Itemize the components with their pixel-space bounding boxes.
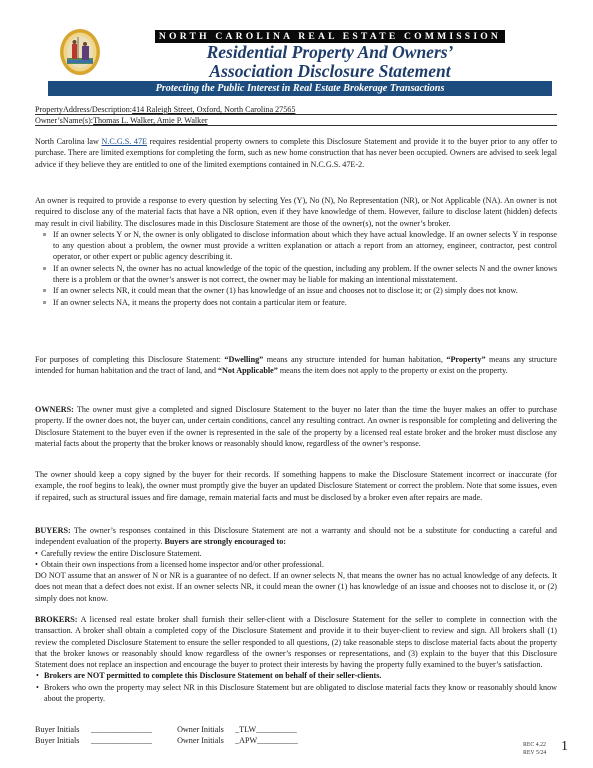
response-options-list: If an owner selects Y or N, the owner is…	[35, 229, 557, 308]
owners-text: The owner must give a completed and sign…	[35, 405, 557, 448]
list-item: If an owner selects N, the owner has no …	[35, 263, 557, 286]
property-address-label: PropertyAddress/Description:	[35, 105, 132, 114]
property-address-value: 414 Raleigh Street, Oxford, North Caroli…	[132, 105, 295, 114]
owner-names-value: Thomas L. Walker, Amie P. Walker	[93, 116, 208, 125]
owner-initials-field[interactable]: _TLW__________	[235, 724, 297, 735]
buyers-heading: BUYERS:	[35, 526, 71, 535]
definitions-paragraph: For purposes of completing this Disclosu…	[35, 354, 557, 377]
not-applicable-definition: means the item does not apply to the pro…	[278, 366, 508, 375]
brokers-not-permitted: Brokers are NOT permitted to complete th…	[44, 671, 381, 680]
tagline-banner: Protecting the Public Interest in Real E…	[48, 81, 552, 96]
list-item: If an owner selects NR, it could mean th…	[35, 285, 557, 296]
owner-initials-label: Owner Initials	[177, 724, 233, 735]
initials-row: Buyer Initials _______________ Owner Ini…	[35, 735, 298, 746]
buyer-initials-field[interactable]: _______________	[91, 735, 175, 746]
disclosure-page: NORTH CAROLINA REAL ESTATE COMMISSION Re…	[0, 0, 593, 768]
buyers-text: The owner’s responses contained in this …	[35, 526, 557, 546]
dwelling-definition: means any structure intended for human h…	[263, 355, 446, 364]
response-options-section: An owner is required to provide a respon…	[35, 195, 557, 308]
list-item: Brokers are NOT permitted to complete th…	[35, 670, 557, 681]
list-item: If an owner selects NA, it means the pro…	[35, 297, 557, 308]
buyer-initials-label: Buyer Initials	[35, 724, 89, 735]
list-item: Brokers who own the property may select …	[35, 682, 557, 705]
brokers-list: Brokers are NOT permitted to complete th…	[35, 670, 557, 704]
owner-names-field[interactable]: Owner’sName(s):Thomas L. Walker, Amie P.…	[35, 115, 557, 126]
ncgs-47e-link[interactable]: N.C.G.S. 47E	[102, 137, 148, 146]
not-applicable-term: “Not Applicable”	[218, 366, 278, 375]
form-code: REC 4.22	[523, 741, 546, 749]
brokers-heading: BROKERS:	[35, 615, 77, 624]
buyer-initials-field[interactable]: _______________	[91, 724, 175, 735]
list-item: Obtain their own inspections from a lice…	[35, 559, 557, 570]
brokers-text: A licensed real estate broker shall furn…	[35, 615, 557, 669]
form-title-line2: Association Disclosure Statement	[150, 61, 510, 81]
form-title-line1: Residential Property And Owners’	[150, 42, 510, 62]
intro-paragraph: North Carolina law N.C.G.S. 47E requires…	[35, 136, 557, 170]
list-item: Carefully review the entire Disclosure S…	[35, 548, 557, 559]
nc-state-seal-icon	[59, 28, 101, 76]
owner-initials-label: Owner Initials	[177, 735, 233, 746]
form-revision: REC 4.22 REV 5/24	[523, 741, 546, 757]
list-item: If an owner selects Y or N, the owner is…	[35, 229, 557, 263]
buyers-section: BUYERS: The owner’s responses contained …	[35, 525, 557, 604]
buyers-warning-paragraph: DO NOT assume that an answer of N or NR …	[35, 570, 557, 604]
buyers-paragraph: BUYERS: The owner’s responses contained …	[35, 525, 557, 548]
dwelling-term: “Dwelling”	[224, 355, 263, 364]
owners-paragraph: OWNERS: The owner must give a completed …	[35, 404, 557, 449]
property-term: “Property”	[446, 355, 485, 364]
owners-heading: OWNERS:	[35, 405, 74, 414]
buyers-encouraged: Buyers are strongly encouraged to:	[164, 537, 286, 546]
initials-row: Buyer Initials _______________ Owner Ini…	[35, 724, 297, 735]
revision-date: REV 5/24	[523, 749, 546, 757]
buyers-list: Carefully review the entire Disclosure S…	[35, 548, 557, 571]
owner-initials-field[interactable]: _APW__________	[235, 735, 298, 746]
definitions-text: For purposes of completing this Disclosu…	[35, 355, 224, 364]
property-address-field[interactable]: PropertyAddress/Description:414 Raleigh …	[35, 104, 557, 115]
buyer-initials-label: Buyer Initials	[35, 735, 89, 746]
owner-names-label: Owner’sName(s):	[35, 116, 93, 125]
brokers-paragraph: BROKERS: A licensed real estate broker s…	[35, 614, 557, 670]
page-number: 1	[561, 739, 568, 755]
brokers-section: BROKERS: A licensed real estate broker s…	[35, 614, 557, 704]
intro-text: North Carolina law	[35, 137, 102, 146]
response-options-paragraph: An owner is required to provide a respon…	[35, 195, 557, 229]
owners-copy-paragraph: The owner should keep a copy signed by t…	[35, 469, 557, 503]
